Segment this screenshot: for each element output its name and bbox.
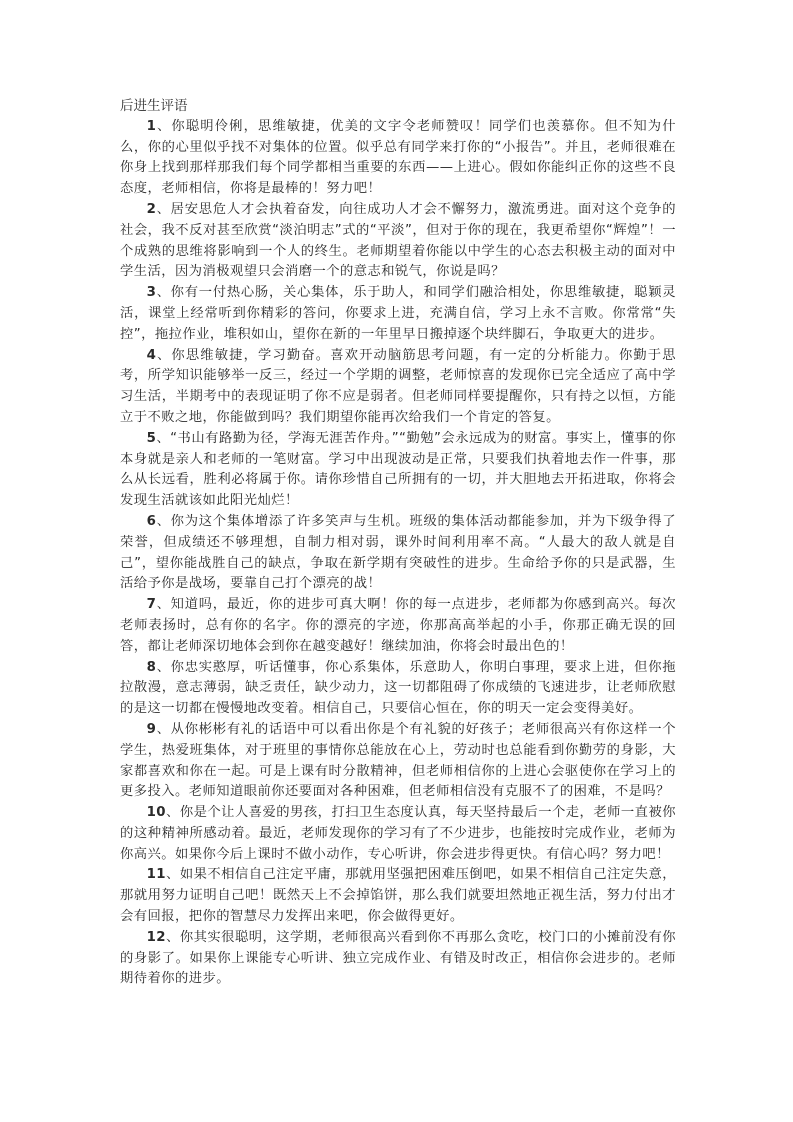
comment-number: 6 (147, 514, 157, 529)
comment-number: 7 (147, 597, 157, 612)
comment-text: 、你为这个集体增添了许多笑声与生机。班级的集体活动都能参加，并为下级争得了荣誉，… (120, 514, 676, 591)
comment-text: 、你思维敏捷，学习勤奋。喜欢开动脑筋思考问题，有一定的分析能力。你勤于思考，所学… (120, 348, 676, 425)
comment-number: 10 (147, 805, 166, 820)
comment-paragraph-8: 8、你忠实憨厚，听话懂事，你心系集体，乐意助人，你明白事理，要求上进，但你拖拉散… (120, 658, 676, 720)
comment-number: 9 (147, 722, 157, 737)
comment-text: 、你聪明伶俐，思维敏捷，优美的文字令老师赞叹！同学们也羡慕你。但不知为什么，你的… (120, 119, 676, 196)
document-title: 后进生评语 (120, 96, 676, 117)
comment-number: 4 (147, 348, 157, 363)
document-page: 后进生评语 1、你聪明伶俐，思维敏捷，优美的文字令老师赞叹！同学们也羡慕你。但不… (120, 96, 676, 990)
comment-text: 、从你彬彬有礼的话语中可以看出你是个有礼貌的好孩子；老师很高兴有你这样一个学生，… (120, 722, 676, 799)
comment-number: 5 (147, 431, 157, 446)
comment-text: 、你忠实憨厚，听话懂事，你心系集体，乐意助人，你明白事理，要求上进，但你拖拉散漫… (120, 660, 676, 717)
comment-paragraph-5: 5、“书山有路勤为径，学海无涯苦作舟。”“勤勉”会永远成为的财富。事实上，懂事的… (120, 429, 676, 512)
comment-paragraph-3: 3、你有一付热心肠，关心集体，乐于助人，和同学们融洽相处，你思维敏捷，聪颖灵活，… (120, 283, 676, 345)
comment-text: 、如果不相信自己注定平庸，那就用坚强把困难压倒吧，如果不相信自己注定失意，那就用… (120, 867, 676, 924)
comment-text: 、“书山有路勤为径，学海无涯苦作舟。”“勤勉”会永远成为的财富。事实上，懂事的你… (120, 431, 676, 508)
comment-text: 、你是个让人喜爱的男孩，打扫卫生态度认真，每天坚持最后一个走，老师一直被你的这种… (120, 805, 676, 862)
comment-paragraph-12: 12、你其实很聪明，这学期，老师很高兴看到你不再那么贪吃，校门口的小摊前没有你的… (120, 928, 676, 990)
comment-paragraph-4: 4、你思维敏捷，学习勤奋。喜欢开动脑筋思考问题，有一定的分析能力。你勤于思考，所… (120, 346, 676, 429)
comment-paragraph-6: 6、你为这个集体增添了许多笑声与生机。班级的集体活动都能参加，并为下级争得了荣誉… (120, 512, 676, 595)
comment-text: 、你有一付热心肠，关心集体，乐于助人，和同学们融洽相处，你思维敏捷，聪颖灵活，课… (120, 285, 676, 342)
comment-paragraph-9: 9、从你彬彬有礼的话语中可以看出你是个有礼貌的好孩子；老师很高兴有你这样一个学生… (120, 720, 676, 803)
comment-paragraph-7: 7、知道吗，最近，你的进步可真大啊！你的每一点进步，老师都为你感到高兴。每次老师… (120, 595, 676, 657)
comment-paragraph-10: 10、你是个让人喜爱的男孩，打扫卫生态度认真，每天坚持最后一个走，老师一直被你的… (120, 803, 676, 865)
comment-number: 3 (147, 285, 157, 300)
comment-paragraph-1: 1、你聪明伶俐，思维敏捷，优美的文字令老师赞叹！同学们也羡慕你。但不知为什么，你… (120, 117, 676, 200)
comment-paragraph-2: 2、居安思危人才会执着奋发，向往成功人才会不懈努力，激流勇进。面对这个竞争的社会… (120, 200, 676, 283)
comment-number: 2 (147, 202, 157, 217)
comment-text: 、知道吗，最近，你的进步可真大啊！你的每一点进步，老师都为你感到高兴。每次老师表… (120, 597, 676, 654)
comment-number: 1 (147, 119, 157, 134)
comment-paragraph-11: 11、如果不相信自己注定平庸，那就用坚强把困难压倒吧，如果不相信自己注定失意，那… (120, 865, 676, 927)
comment-text: 、居安思危人才会执着奋发，向往成功人才会不懈努力，激流勇进。面对这个竞争的社会，… (120, 202, 676, 279)
comment-number: 11 (147, 867, 166, 882)
comment-number: 8 (147, 660, 157, 675)
comment-text: 、你其实很聪明，这学期，老师很高兴看到你不再那么贪吃，校门口的小摊前没有你的身影… (120, 930, 676, 987)
comment-number: 12 (147, 930, 166, 945)
